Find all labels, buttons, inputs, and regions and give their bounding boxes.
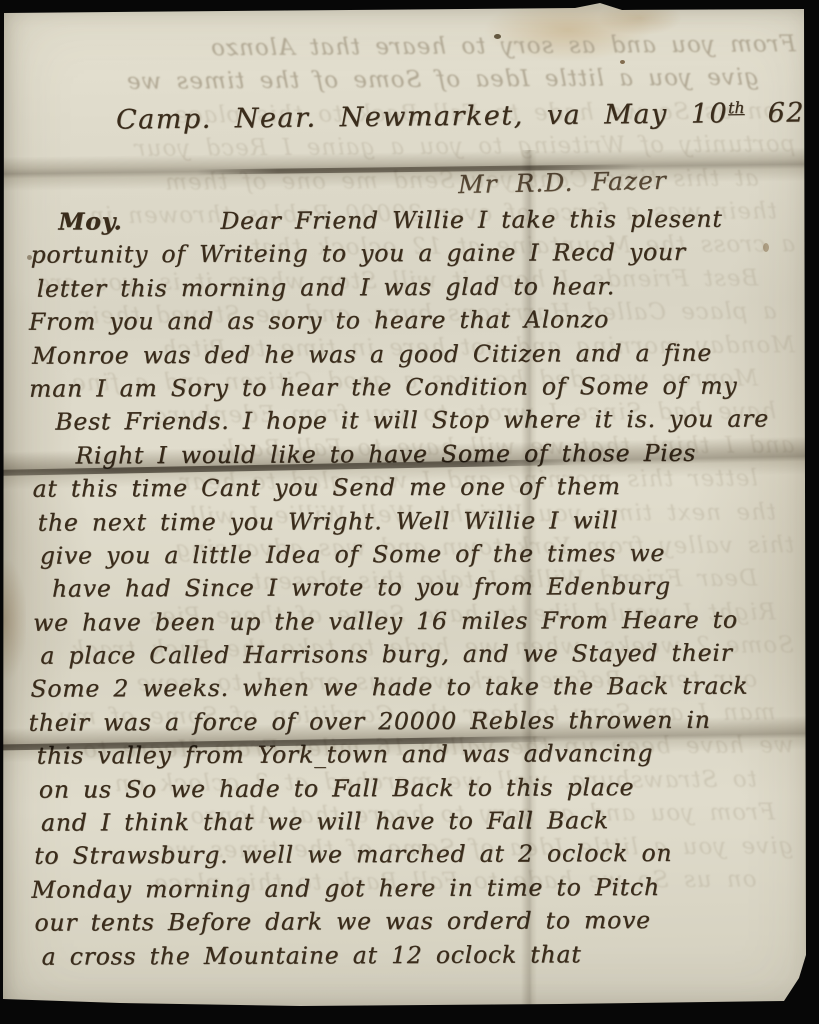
letter-line: letter this morning and I was glad to he… xyxy=(37,271,805,308)
dateline-superscript: th xyxy=(728,98,745,117)
letter-page: From you and as sory to heare that Alonz… xyxy=(0,0,819,1024)
letter-content: Camp. Near. Newmarket, va May 10th 62 Mr… xyxy=(0,0,819,1024)
letter-line: Monroe was ded he was a good Citizen and… xyxy=(32,338,805,375)
letter-line: portunity of Writeing to you a gaine I R… xyxy=(30,238,804,275)
letter-line: to Strawsburg. well we marched at 2 oclo… xyxy=(34,839,807,876)
letter-body: Moy.Dear Friend Willie I take this plese… xyxy=(36,204,807,975)
letter-line: Some 2 weeks. when we hade to take the B… xyxy=(30,672,806,709)
letter-line: on us So we hade to Fall Back to this pl… xyxy=(39,772,807,809)
addressee: Mr R.D. Fazer xyxy=(458,166,667,199)
letter-line: at this time Cant you Send me one of the… xyxy=(32,471,805,508)
letter-line: a place Called Harrisons burg, and we St… xyxy=(40,638,806,675)
letter-line: man I am Sory to hear the Condition of S… xyxy=(29,371,805,408)
letter-line: have had Since I wrote to you from Edenb… xyxy=(52,572,806,609)
letter-line: and I think that we will have to Fall Ba… xyxy=(41,805,807,842)
line-text: Dear Friend Willie I take this plesent xyxy=(220,205,722,235)
dateline-year: 62 xyxy=(767,97,805,128)
letter-line: Monday morning and got here in time to P… xyxy=(31,872,807,909)
dateline-text: Camp. Near. Newmarket, va May 10 xyxy=(116,98,728,135)
letter-line: a cross the Mountaine at 12 oclock that xyxy=(42,939,808,976)
letter-line: Moy.Dear Friend Willie I take this plese… xyxy=(36,204,804,241)
letter-line: our tents Before dark we was orderd to m… xyxy=(34,906,807,943)
letter-line: Right I would like to have Some of those… xyxy=(75,438,805,475)
letter-line: we have been up the valley 16 miles From… xyxy=(33,605,806,642)
letter-line: give you a little Idea of Some of the ti… xyxy=(40,538,806,575)
salutation-prefix: Moy. xyxy=(58,207,122,235)
letter-line: From you and as sory to heare that Alonz… xyxy=(29,304,805,341)
scan-background: From you and as sory to heare that Alonz… xyxy=(0,0,819,1024)
letter-line: Best Friends. I hope it will Stop where … xyxy=(55,405,805,442)
letter-line: the next time you Wright. Well Willie I … xyxy=(38,505,806,542)
letter-line: their was a force of over 20000 Rebles t… xyxy=(29,705,807,742)
letter-line: this valley from York_town and was advan… xyxy=(37,739,807,776)
dateline: Camp. Near. Newmarket, va May 10th 62 xyxy=(116,97,805,135)
